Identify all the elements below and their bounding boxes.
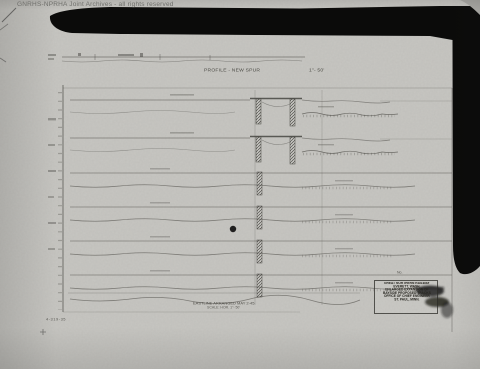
profile-scale: 1"- 50' xyxy=(309,67,325,73)
archive-watermark: GNRHS-NPRHA Joint Archives - all rights … xyxy=(17,1,174,8)
bottom-caption: EASTLINE ARRANGED MAY 2-45 xyxy=(193,301,254,306)
corner-mark: 4-319-35 xyxy=(46,317,66,322)
ink-dot xyxy=(230,226,236,232)
title-block-line: ST. PAUL, MINN. xyxy=(375,299,439,302)
title-block-text: GREAT NORTHERN RAILWAY EVERETT, WASH. EN… xyxy=(375,281,439,302)
profile-title: PROFILE - NEW SPUR xyxy=(204,67,260,73)
bottom-scale: SCALE: HOR. 1"- 50' xyxy=(207,306,240,310)
scanned-drawing-sheet: GNRHS-NPRHA Joint Archives - all rights … xyxy=(0,0,480,369)
number-label: No. xyxy=(397,271,402,275)
title-block: GREAT NORTHERN RAILWAY EVERETT, WASH. EN… xyxy=(374,280,438,314)
